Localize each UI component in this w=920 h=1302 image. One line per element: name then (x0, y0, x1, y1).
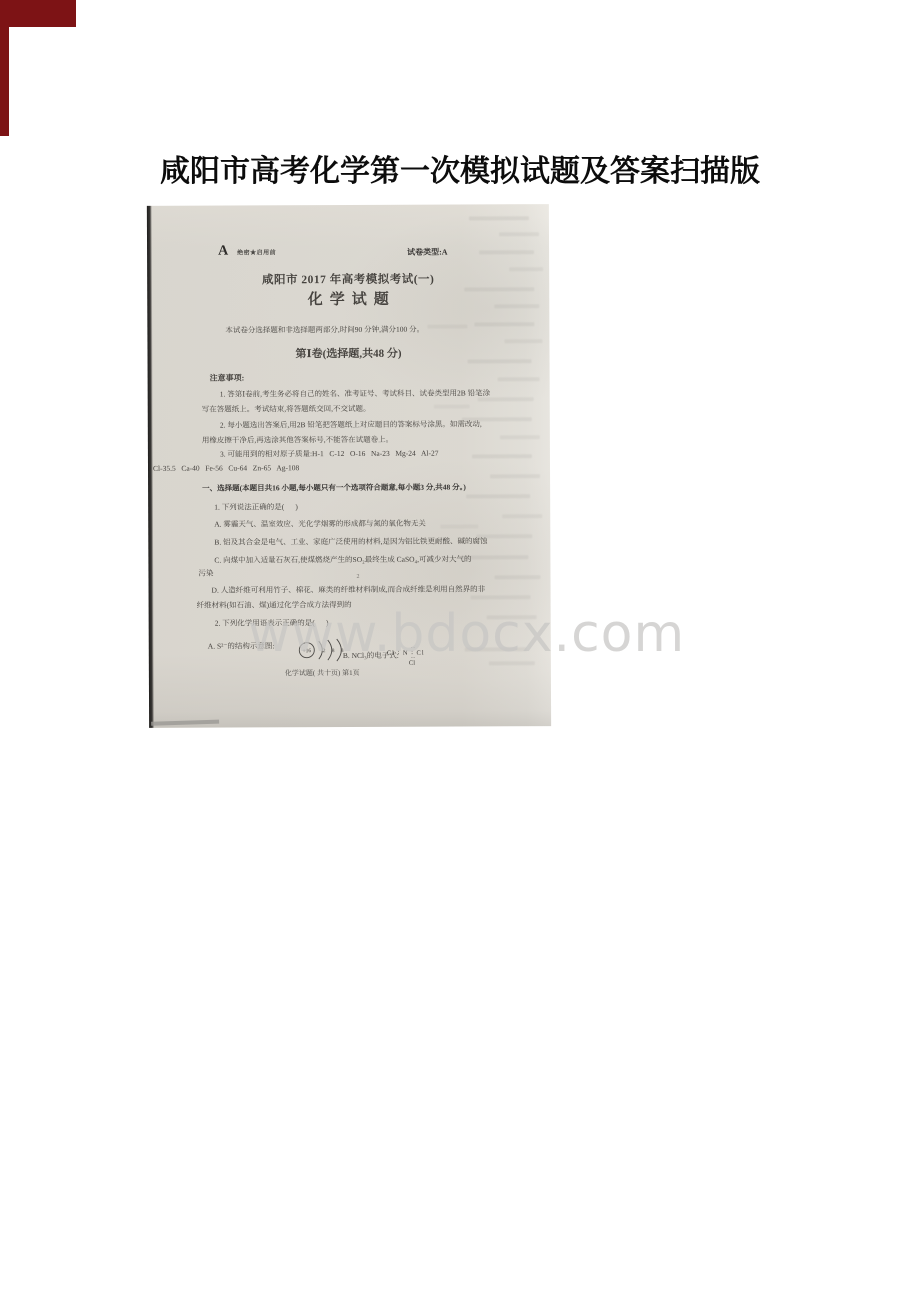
q1-option-b: B. 铝及其合金是电气、工业、家庭广泛使用的材料,是因为铝比铁更耐酸、碱的腐蚀 (214, 537, 487, 547)
bleed-through-artifact (471, 595, 531, 599)
bleed-through-artifact (500, 435, 540, 439)
paper-type-label: 试卷类型:A (407, 248, 447, 257)
q1-option-a: A. 雾霾天气、温室效应、光化学烟雾的形成都与氮的氧化物无关 (214, 520, 426, 530)
bleed-through-artifact (504, 339, 542, 343)
page-title: 咸阳市高考化学第一次模拟试题及答案扫描版 (0, 146, 920, 190)
note-line: 3. 可能用到的相对原子质量:H-1 C-12 O-16 Na-23 Mg-24… (220, 450, 439, 460)
q1-option-c-cont: 污染 (198, 570, 213, 579)
q1-option-d: D. 人造纤维可利用竹子、棉花、麻类的纤维材料制成,而合成纤维是利用自然界的非 (212, 585, 486, 595)
note-line: 2. 每小题选出答案后,用2B 铅笔把答题纸上对应题目的答案标号涂黑。如需改动, (220, 420, 482, 430)
bleed-through-artifact (464, 287, 534, 291)
subject-title: 化学试题 (147, 291, 549, 310)
bleed-through-artifact (509, 267, 543, 271)
bleed-through-artifact (499, 232, 539, 236)
bleed-through-artifact (479, 250, 534, 254)
choice-section-heading: 一、选择题(本题目共16 小题,每小题只有一个选项符合题意,每小题3 分,共48… (202, 483, 466, 493)
bleed-through-artifact (468, 359, 532, 363)
red-scan-mark-block (0, 0, 76, 27)
bleed-through-artifact (460, 555, 528, 559)
secrecy-note: 绝密★启用前 (237, 250, 276, 257)
bleed-through-artifact (478, 397, 534, 401)
bleed-through-artifact (462, 417, 532, 421)
bleed-through-artifact (476, 534, 532, 538)
notes-heading: 注意事项: (210, 373, 245, 382)
exam-intro: 本试卷分选择题和非选择题两部分,时间90 分钟,满分100 分。 (225, 326, 424, 335)
bleed-through-artifact (427, 324, 467, 328)
watermark: www.bdocx.com (248, 604, 688, 664)
bleed-through-artifact (469, 216, 529, 220)
bleed-through-artifact (466, 494, 530, 498)
scan-stray-mark: 2 (356, 574, 359, 581)
bleed-through-artifact (502, 514, 542, 518)
bleed-through-artifact (490, 474, 540, 478)
note-line: 写在答题纸上。考试结束,将答题纸交回,不交试题。 (202, 405, 371, 414)
bleed-through-artifact (494, 304, 539, 308)
red-scan-mark-strip (0, 27, 9, 136)
bleed-through-artifact (472, 454, 532, 458)
paper-version-letter: A (218, 244, 228, 260)
q1-option-c: C. 向煤中加入适量石灰石,使煤燃烧产生的SO₂最终生成 CaSO₄,可减少对大… (214, 555, 471, 565)
bleed-through-artifact (498, 377, 540, 381)
note-line: 1. 答第Ⅰ卷前,考生务必将自己的姓名、准考证号、考试科目、试卷类型用2B 铅笔… (220, 389, 491, 399)
bleed-through-artifact (474, 322, 534, 326)
bleed-through-artifact (494, 575, 540, 579)
exam-title: 咸阳市 2017 年高考模拟考试(一) (147, 273, 549, 288)
bleed-through-artifact (434, 404, 470, 408)
scan-page-footer: 化学试题( 共十页) 第1页 (285, 669, 360, 677)
note-line: 用橡皮擦干净后,再选涂其他答案标号,不能答在试题卷上。 (202, 436, 393, 445)
note-line: Cl-35.5 Ca-40 Fe-56 Cu-64 Zn-65 Ag-108 (153, 464, 299, 473)
question-1: 1. 下列说法正确的是( ) (214, 503, 298, 512)
bleed-through-artifact (440, 524, 478, 528)
scan-edge-artifact (151, 720, 219, 726)
